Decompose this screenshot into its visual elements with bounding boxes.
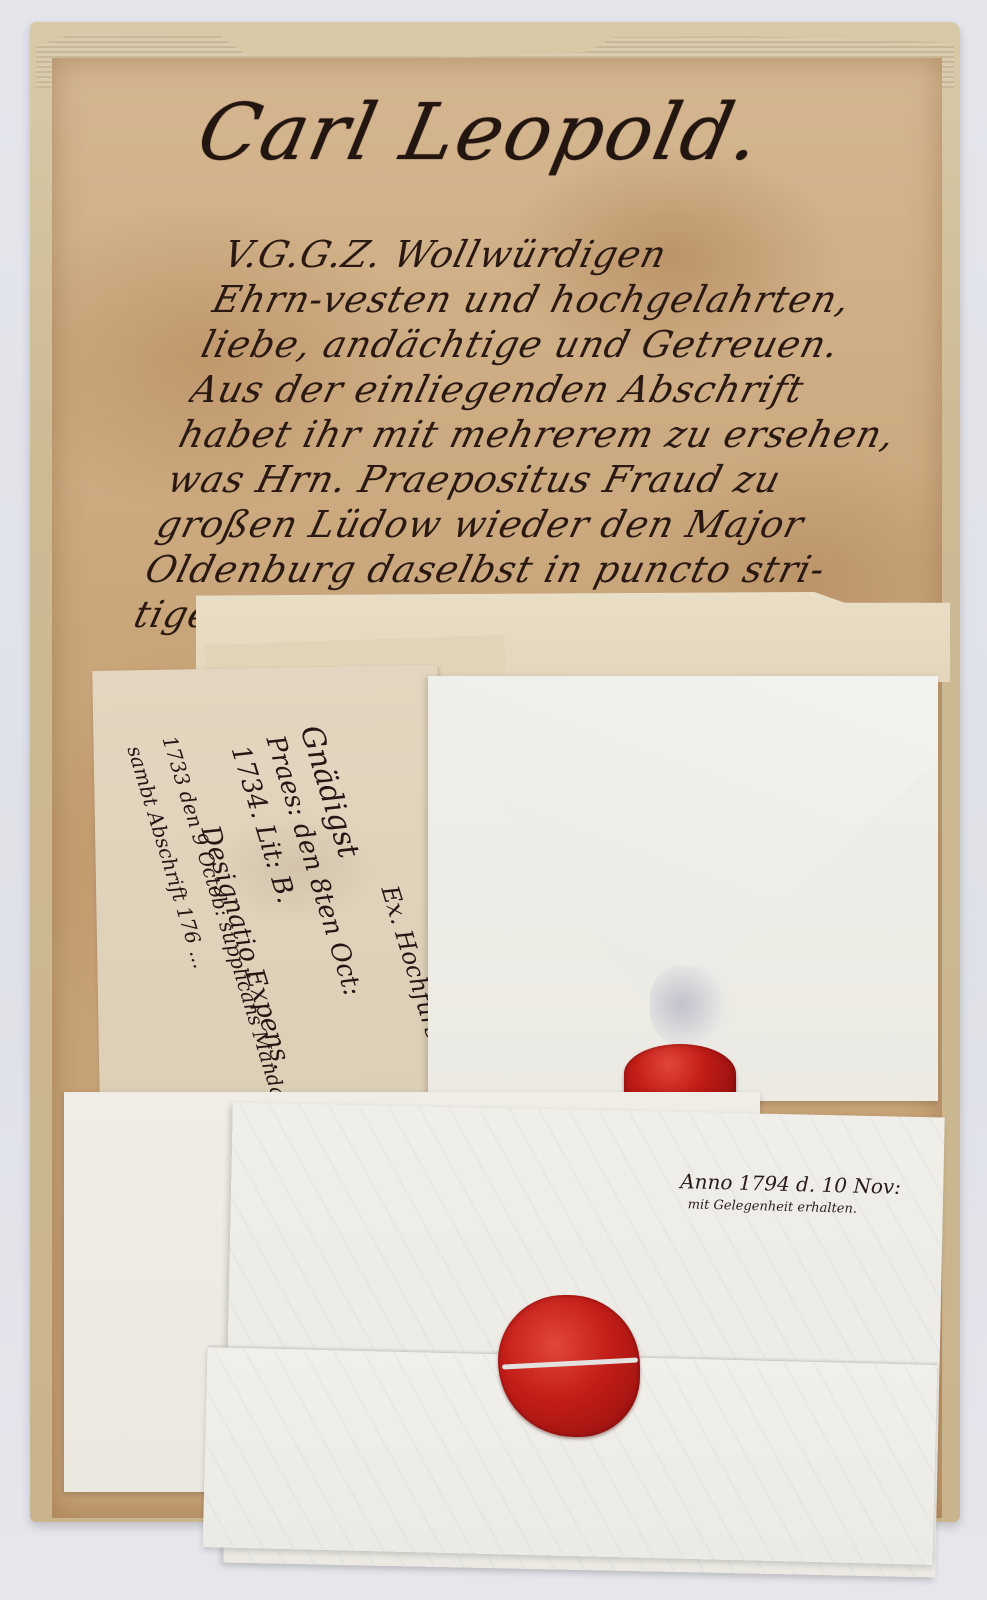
annotation-date: Anno 1794 d. 10 Nov:: [680, 1169, 901, 1199]
seal-residue: [650, 965, 730, 1045]
manuscript-line: Ehrn-vesten und hochgelahrten,: [208, 277, 969, 322]
letter-annotation: Anno 1794 d. 10 Nov: mit Gelegenheit erh…: [679, 1169, 901, 1218]
manuscript-line: großen Lüdow wieder den Major: [152, 502, 913, 547]
manuscript-line: was Hrn. Praepositus Fraud zu: [163, 457, 924, 502]
manuscript-line: liebe, andächtige und Getreuen.: [197, 322, 958, 367]
manuscript-body: V.G.G.Z. Wollwürdigen Ehrn-vesten und ho…: [130, 232, 981, 637]
aged-letter-text: Gnädigst Praes: den 8ten Oct: 1734. Lit:…: [120, 700, 430, 1100]
manuscript-line: habet ihr mit mehrerem zu ersehen,: [174, 412, 935, 457]
manuscript-heading: Carl Leopold.: [190, 88, 770, 178]
manuscript-line: Aus der einliegenden Abschrift: [186, 367, 947, 412]
manuscript-line: Oldenburg daselbst in puncto stri-: [141, 547, 902, 592]
manuscript-line: V.G.G.Z. Wollwürdigen: [219, 232, 980, 277]
aged-letter-side-note: Ex. Hochfürstl. 17..: [368, 880, 430, 1100]
